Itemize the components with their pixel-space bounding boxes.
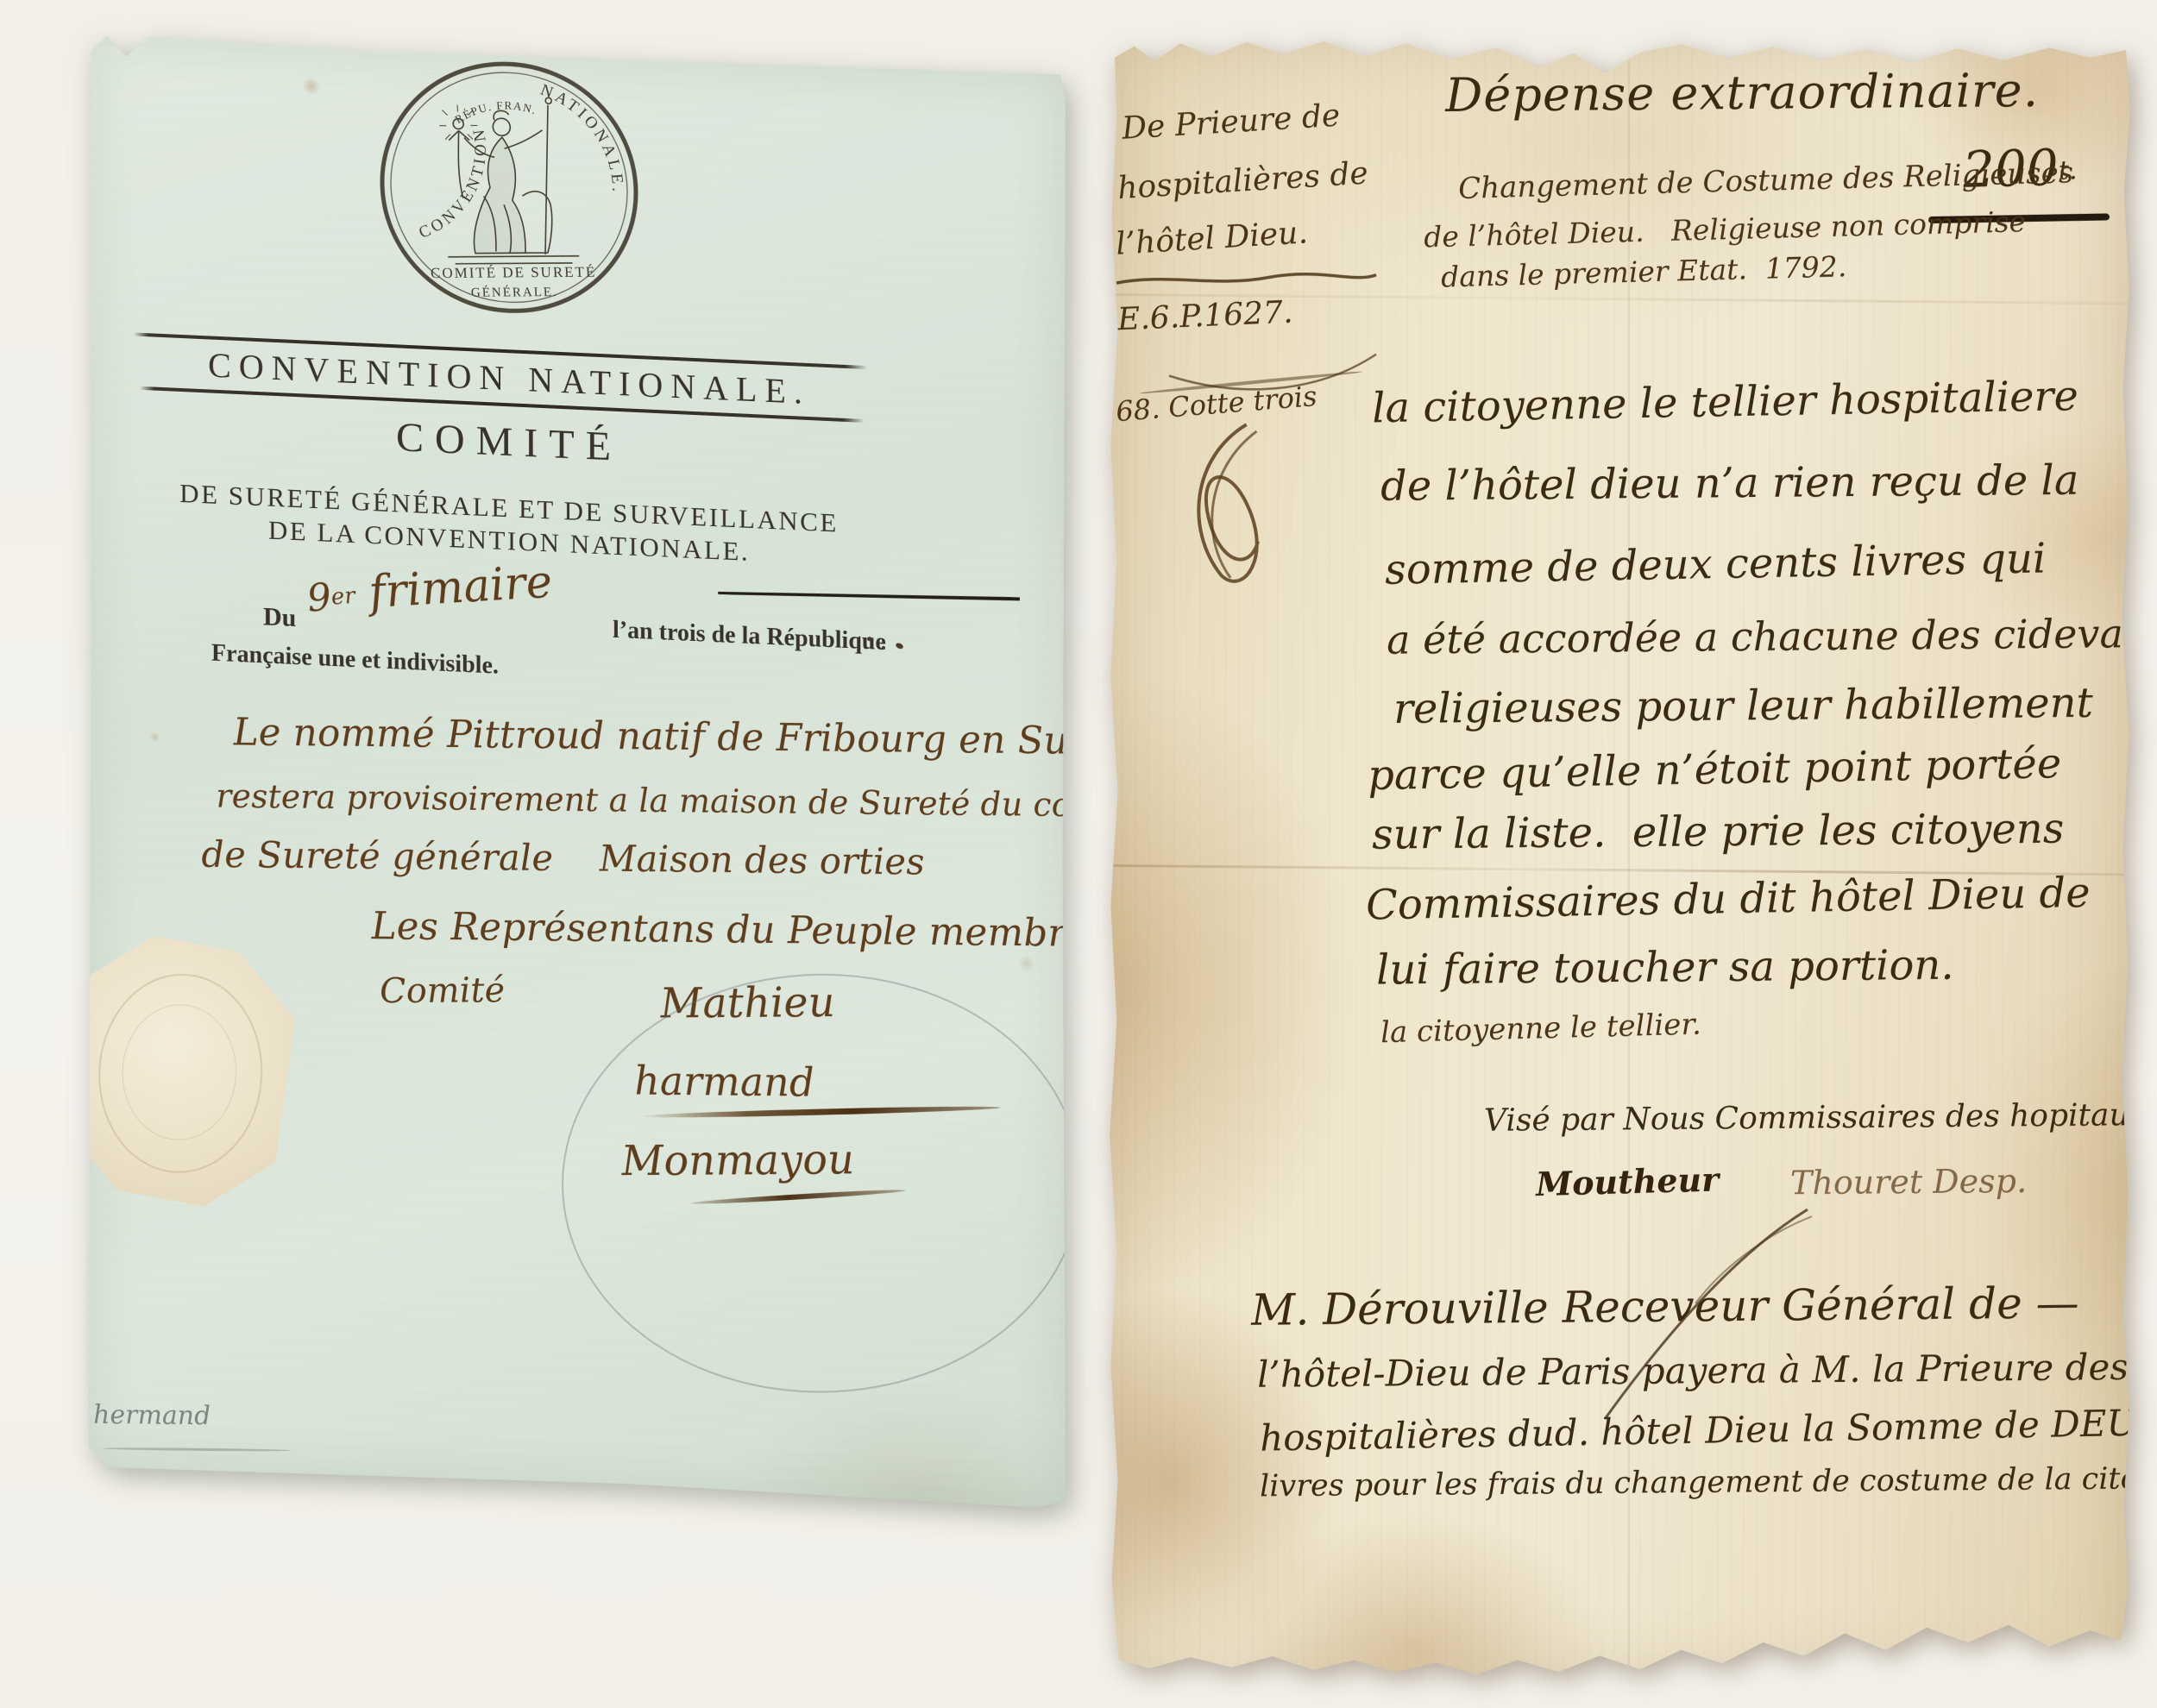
body-line: de l’hôtel dieu n’a rien reçu de la bbox=[1380, 456, 2079, 511]
body-line: religieuses pour leur habillement bbox=[1393, 679, 2094, 733]
right-document: Dépense extraordinaire. De Prieure de ho… bbox=[1109, 35, 2131, 1686]
expense-title: Dépense extraordinaire. bbox=[1444, 63, 1997, 122]
ink-spatter bbox=[867, 637, 872, 641]
seal-engraving-icon: CONVENTION NATIONALE. RÉPU. FRAN. bbox=[368, 57, 649, 317]
body-line: lui faire toucher sa portion. bbox=[1376, 941, 1954, 995]
date-printed-prefix: Du bbox=[263, 602, 296, 633]
visa-line: Visé par Nous Commissaires des hopitaux … bbox=[1484, 1097, 2157, 1139]
left-document: CONVENTION NATIONALE. RÉPU. FRAN. bbox=[86, 30, 1066, 1511]
visa-signature-2: Thouret Desp. bbox=[1790, 1162, 2028, 1202]
seal-caption-line2: GÉNÉRALE. bbox=[471, 285, 559, 300]
body-line: Les Représentans du Peuple membres du bbox=[370, 904, 1169, 957]
body-line: a été accordée a chacune des cidevant bbox=[1387, 610, 2157, 663]
seal-caption-line1: COMITÉ DE SURETÉ bbox=[431, 264, 597, 281]
right-document-paper: Dépense extraordinaire. De Prieure de ho… bbox=[1109, 35, 2131, 1686]
left-document-paper: CONVENTION NATIONALE. RÉPU. FRAN. bbox=[86, 30, 1066, 1511]
body-line: de Sureté générale Maison des orties bbox=[200, 833, 925, 883]
margin-header-underline bbox=[1113, 266, 1380, 294]
date-day-ordinal: er bbox=[330, 583, 356, 611]
date-day: 9 bbox=[305, 575, 333, 621]
visa-signature-1: Moutheur bbox=[1535, 1159, 1719, 1203]
ink-spatter bbox=[882, 646, 885, 650]
payment-line: l’hôtel-Dieu de Paris payera à M. la Pri… bbox=[1257, 1346, 2157, 1396]
body-line: sur la liste. elle prie les citoyens bbox=[1372, 805, 2065, 859]
payment-line: M. Dérouville Receveur Général de — bbox=[1251, 1278, 2080, 1334]
committee-oval-seal: CONVENTION NATIONALE. RÉPU. FRAN. bbox=[368, 57, 649, 317]
pencil-note: hermand bbox=[92, 1400, 211, 1431]
photograph-of-two-documents: CONVENTION NATIONALE. RÉPU. FRAN. bbox=[0, 0, 2157, 1708]
closing-word: Comité bbox=[379, 970, 506, 1011]
